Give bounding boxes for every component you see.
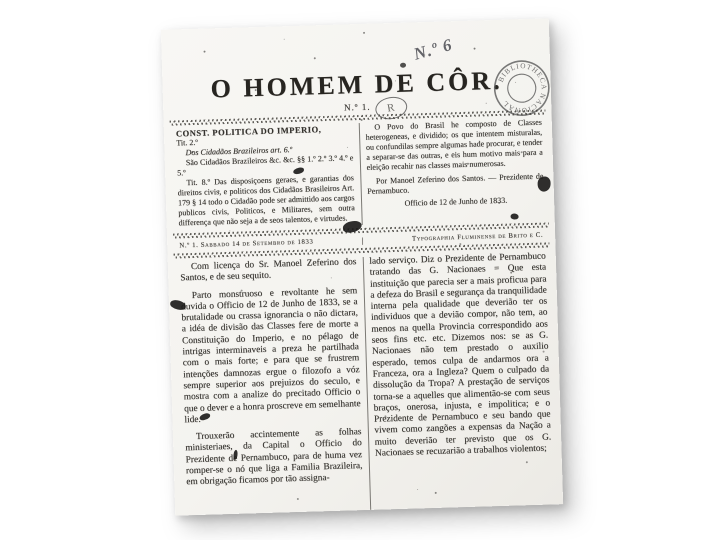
paper-specks	[161, 30, 163, 32]
article-paragraph: Trouxerão accintemente as folhas ministe…	[185, 427, 363, 489]
article-section: Com licença do Sr. Manoel Zeferino dos S…	[180, 252, 553, 516]
epigraph-section: CONST. POLITICA DO IMPERIO, Tit. 2.º Dos…	[176, 118, 545, 231]
dateline-printer: Typographia Fluminense de Brito e C.	[412, 232, 543, 243]
article-right-column: lado serviço. Diz o Prezidente de Pernam…	[369, 252, 553, 515]
article-paragraph: lado serviço. Diz o Prezidente de Pernam…	[369, 252, 551, 460]
article-paragraph: Com licença do Sr. Manoel Zeferino dos S…	[180, 257, 357, 285]
epigraph-quote: O Povo do Brasil he composto de Classes …	[365, 118, 543, 173]
epigraph-attribution: Por Manoel Zeferino dos Santos. — Prezid…	[367, 172, 544, 197]
column-divider	[358, 123, 362, 225]
newspaper-page: N.º 6 BIBLIOTHECA NACIONAL O HOMEM DE CÔ…	[161, 18, 563, 515]
dateline-separator: |	[357, 236, 367, 245]
issue-number: N.º 1.	[344, 102, 371, 113]
ink-blot	[537, 176, 550, 191]
scan-background: N.º 6 BIBLIOTHECA NACIONAL O HOMEM DE CÔ…	[0, 0, 720, 540]
epigraph-office-line: Officio de 12 de Junho de 1833.	[368, 195, 545, 210]
dateline-issue-date: N.º 1. Sabbado 14 de Setembro de 1833	[179, 238, 313, 249]
article-paragraph: Parto monstruoso e revoltante he sem duv…	[181, 286, 361, 427]
handwritten-issue-annotation: N.º 6	[412, 35, 455, 65]
epigraph-tit8-line: Tit. 8.º Das disposiçoens geraes, e gara…	[177, 173, 355, 228]
ink-blot	[510, 213, 518, 219]
ink-blot	[400, 63, 406, 68]
article-left-column: Com licença do Sr. Manoel Zeferino dos S…	[180, 257, 364, 515]
epigraph-right-column: O Povo do Brasil he composto de Classes …	[365, 118, 544, 225]
epigraph-left-column: CONST. POLITICA DO IMPERIO, Tit. 2.º Dos…	[176, 123, 355, 230]
